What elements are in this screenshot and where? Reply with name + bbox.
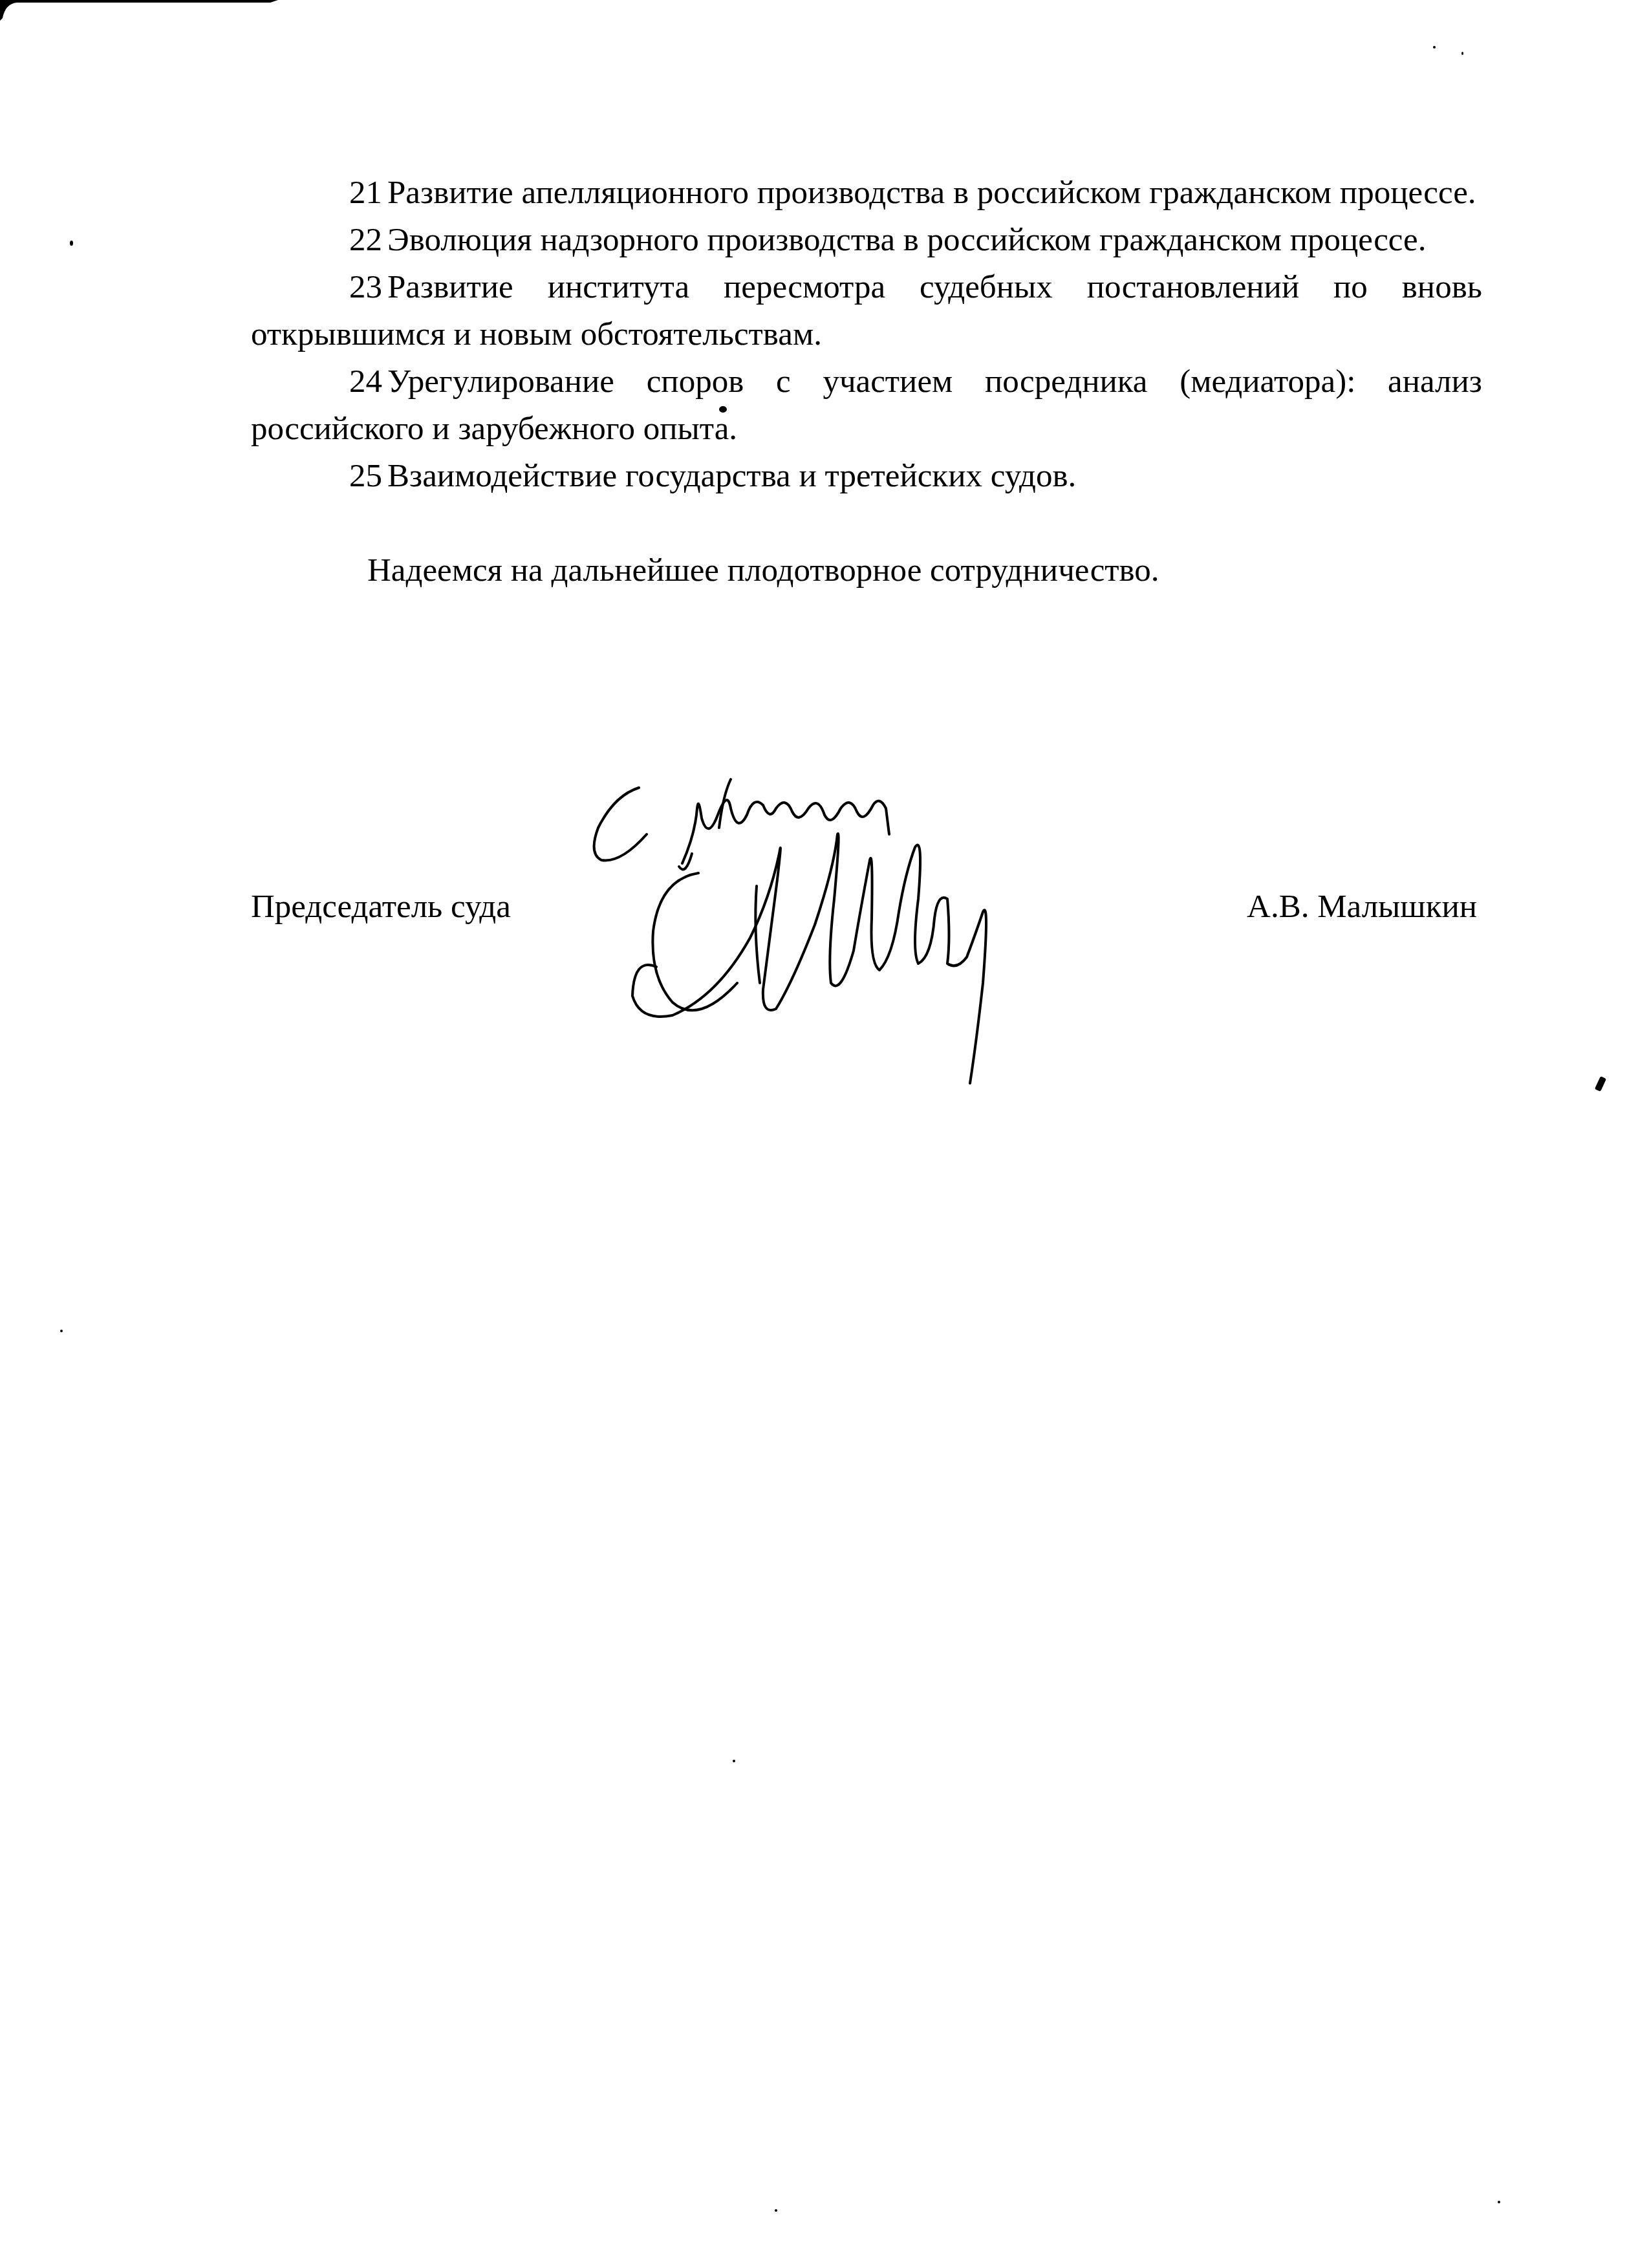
scan-speck	[1595, 1076, 1606, 1092]
item-number: 23	[349, 269, 382, 305]
item-text: Урегулирование споров с участием посредн…	[251, 363, 1482, 447]
list-item: 23Развитие института пересмотра судебных…	[251, 264, 1482, 358]
item-text: Эволюция надзорного производства в росси…	[387, 222, 1426, 258]
closing-line: Надеемся на дальнейшее плодотворное сотр…	[251, 547, 1482, 594]
item-number: 21	[349, 175, 382, 211]
item-text: Взаимодействие государства и третейских …	[387, 458, 1076, 494]
scan-speck	[775, 2209, 777, 2212]
scan-corner-edge	[0, 0, 278, 21]
scan-speck	[1433, 46, 1436, 49]
list-item: 21Развитие апелляционного производства в…	[251, 169, 1482, 217]
list-item: 24Урегулирование споров с участием посре…	[251, 358, 1482, 453]
scan-speck	[70, 241, 73, 246]
item-text: Развитие института пересмотра судебных п…	[251, 269, 1482, 352]
scan-speck	[719, 406, 727, 413]
item-number: 22	[349, 222, 382, 258]
item-number: 25	[349, 458, 382, 494]
signatory-title: Председатель суда	[251, 883, 511, 931]
list-item: 25Взаимодействие государства и третейски…	[251, 453, 1482, 500]
item-text: Развитие апелляционного производства в р…	[387, 175, 1476, 211]
list-item: 22Эволюция надзорного производства в рос…	[251, 217, 1482, 264]
item-number: 24	[349, 363, 382, 400]
scan-speck	[733, 1760, 735, 1762]
signatory-name: А.В. Малышкин	[1247, 883, 1477, 931]
signature-block: Председатель суда А.В. Малышкин	[251, 883, 1482, 935]
scan-speck	[60, 1330, 63, 1332]
scan-speck	[1461, 52, 1463, 55]
scan-speck	[1498, 2201, 1500, 2203]
document-body: 21Развитие апелляционного производства в…	[251, 169, 1482, 594]
